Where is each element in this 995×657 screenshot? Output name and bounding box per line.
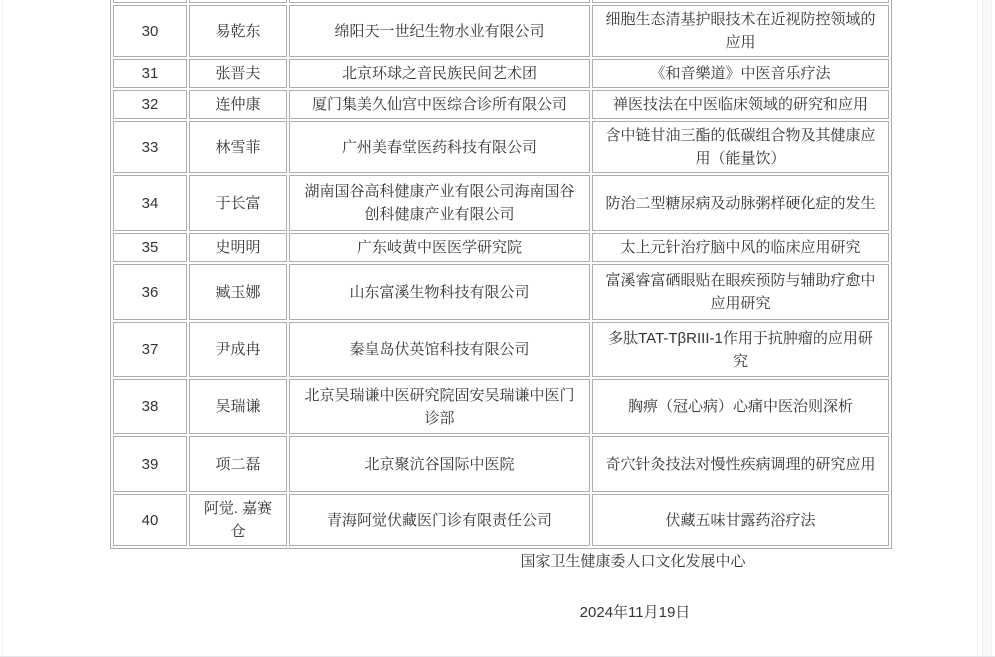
row-number-cell: 36: [113, 264, 187, 320]
organization-cell: 厦门集美久仙宫中医综合诊所有限公司: [289, 90, 590, 119]
person-name-cell: 尹成冉: [189, 322, 287, 377]
person-name-cell: 于长富: [189, 175, 287, 231]
organization-cell: 秦皇岛伏英馆科技有限公司: [289, 322, 590, 377]
person-name-cell: 张晋夫: [189, 59, 287, 88]
project-title-cell: 《和音樂道》中医音乐疗法: [592, 59, 889, 88]
organization-cell: 广州美春堂医药科技有限公司: [289, 121, 590, 173]
table-row: 33林雪菲广州美春堂医药科技有限公司含中链甘油三酯的低碳组合物及其健康应用（能量…: [113, 121, 889, 173]
table-row: 32连仲康厦门集美久仙宫中医综合诊所有限公司禅医技法在中医临床领域的研究和应用: [113, 90, 889, 119]
row-number-cell: 30: [113, 5, 187, 57]
table-row: 31张晋夫北京环球之音民族民间艺术团《和音樂道》中医音乐疗法: [113, 59, 889, 88]
organization-cell: 绵阳天一世纪生物水业有限公司: [289, 5, 590, 57]
row-number-cell: [113, 0, 187, 3]
person-name-cell: 吴瑞谦: [189, 379, 287, 434]
row-number-cell: 38: [113, 379, 187, 434]
row-number-cell: 32: [113, 90, 187, 119]
approval-table-container: 30易乾东绵阳天一世纪生物水业有限公司细胞生态清基护眼技术在近视防控领域的应用3…: [110, 0, 892, 549]
person-name-cell: [189, 0, 287, 3]
organization-cell: 广东岐黄中医医学研究院: [289, 233, 590, 262]
row-number-cell: 34: [113, 175, 187, 231]
person-name-cell: 项二磊: [189, 436, 287, 492]
project-title-cell: 防治二型糖尿病及动脉粥样硬化症的发生: [592, 175, 889, 231]
table-row: 40阿觉. 嘉赛仓青海阿觉伏藏医门诊有限责任公司伏藏五味甘露药浴疗法: [113, 494, 889, 546]
person-name-cell: 阿觉. 嘉赛仓: [189, 494, 287, 546]
person-name-cell: 史明明: [189, 233, 287, 262]
organization-cell: 北京吴瑞谦中医研究院固安吴瑞谦中医门诊部: [289, 379, 590, 434]
project-title-cell: [592, 0, 889, 3]
table-row: 36臧玉娜山东富溪生物科技有限公司富溪睿富硒眼贴在眼疾预防与辅助疗愈中应用研究: [113, 264, 889, 320]
project-title-cell: 多肽TAT-TβRIII-1作用于抗肿瘤的应用研究: [592, 322, 889, 377]
table-row: 35史明明广东岐黄中医医学研究院太上元针治疗脑中风的临床应用研究: [113, 233, 889, 262]
issuer-name: 国家卫生健康委人口文化发展中心: [520, 550, 745, 571]
project-title-cell: 伏藏五味甘露药浴疗法: [592, 494, 889, 546]
person-name-cell: 易乾东: [189, 5, 287, 57]
table-row: 34于长富湖南国谷高科健康产业有限公司海南国谷创科健康产业有限公司防治二型糖尿病…: [113, 175, 889, 231]
project-title-cell: 太上元针治疗脑中风的临床应用研究: [592, 233, 889, 262]
approval-table: 30易乾东绵阳天一世纪生物水业有限公司细胞生态清基护眼技术在近视防控领域的应用3…: [110, 0, 892, 549]
organization-cell: 湖南国谷高科健康产业有限公司海南国谷创科健康产业有限公司: [289, 175, 590, 231]
project-title-cell: 禅医技法在中医临床领域的研究和应用: [592, 90, 889, 119]
organization-cell: 青海阿觉伏藏医门诊有限责任公司: [289, 494, 590, 546]
person-name-cell: 臧玉娜: [189, 264, 287, 320]
organization-cell: 山东富溪生物科技有限公司: [289, 264, 590, 320]
content-right-edge: [977, 0, 978, 657]
organization-cell: 北京聚沆谷国际中医院: [289, 436, 590, 492]
project-title-cell: 奇穴针灸技法对慢性疾病调理的研究应用: [592, 436, 889, 492]
table-row: 38吴瑞谦北京吴瑞谦中医研究院固安吴瑞谦中医门诊部胸痹（冠心病）心痛中医治则深析: [113, 379, 889, 434]
project-title-cell: 胸痹（冠心病）心痛中医治则深析: [592, 379, 889, 434]
table-row: 30易乾东绵阳天一世纪生物水业有限公司细胞生态清基护眼技术在近视防控领域的应用: [113, 5, 889, 57]
person-name-cell: 林雪菲: [189, 121, 287, 173]
project-title-cell: 细胞生态清基护眼技术在近视防控领域的应用: [592, 5, 889, 57]
organization-cell: [289, 0, 590, 3]
issue-date: 2024年11月19日: [580, 601, 691, 622]
row-number-cell: 31: [113, 59, 187, 88]
table-row: 39项二磊北京聚沆谷国际中医院奇穴针灸技法对慢性疾病调理的研究应用: [113, 436, 889, 492]
project-title-cell: 含中链甘油三酯的低碳组合物及其健康应用（能量饮）: [592, 121, 889, 173]
project-title-cell: 富溪睿富硒眼贴在眼疾预防与辅助疗愈中应用研究: [592, 264, 889, 320]
organization-cell: 北京环球之音民族民间艺术团: [289, 59, 590, 88]
row-number-cell: 39: [113, 436, 187, 492]
person-name-cell: 连仲康: [189, 90, 287, 119]
row-number-cell: 37: [113, 322, 187, 377]
row-number-cell: 35: [113, 233, 187, 262]
row-number-cell: 33: [113, 121, 187, 173]
table-row-cutoff: [113, 0, 889, 3]
vertical-scrollbar[interactable]: [982, 0, 992, 657]
row-number-cell: 40: [113, 494, 187, 546]
table-row: 37尹成冉秦皇岛伏英馆科技有限公司多肽TAT-TβRIII-1作用于抗肿瘤的应用…: [113, 322, 889, 377]
page-left-edge: [2, 0, 3, 657]
